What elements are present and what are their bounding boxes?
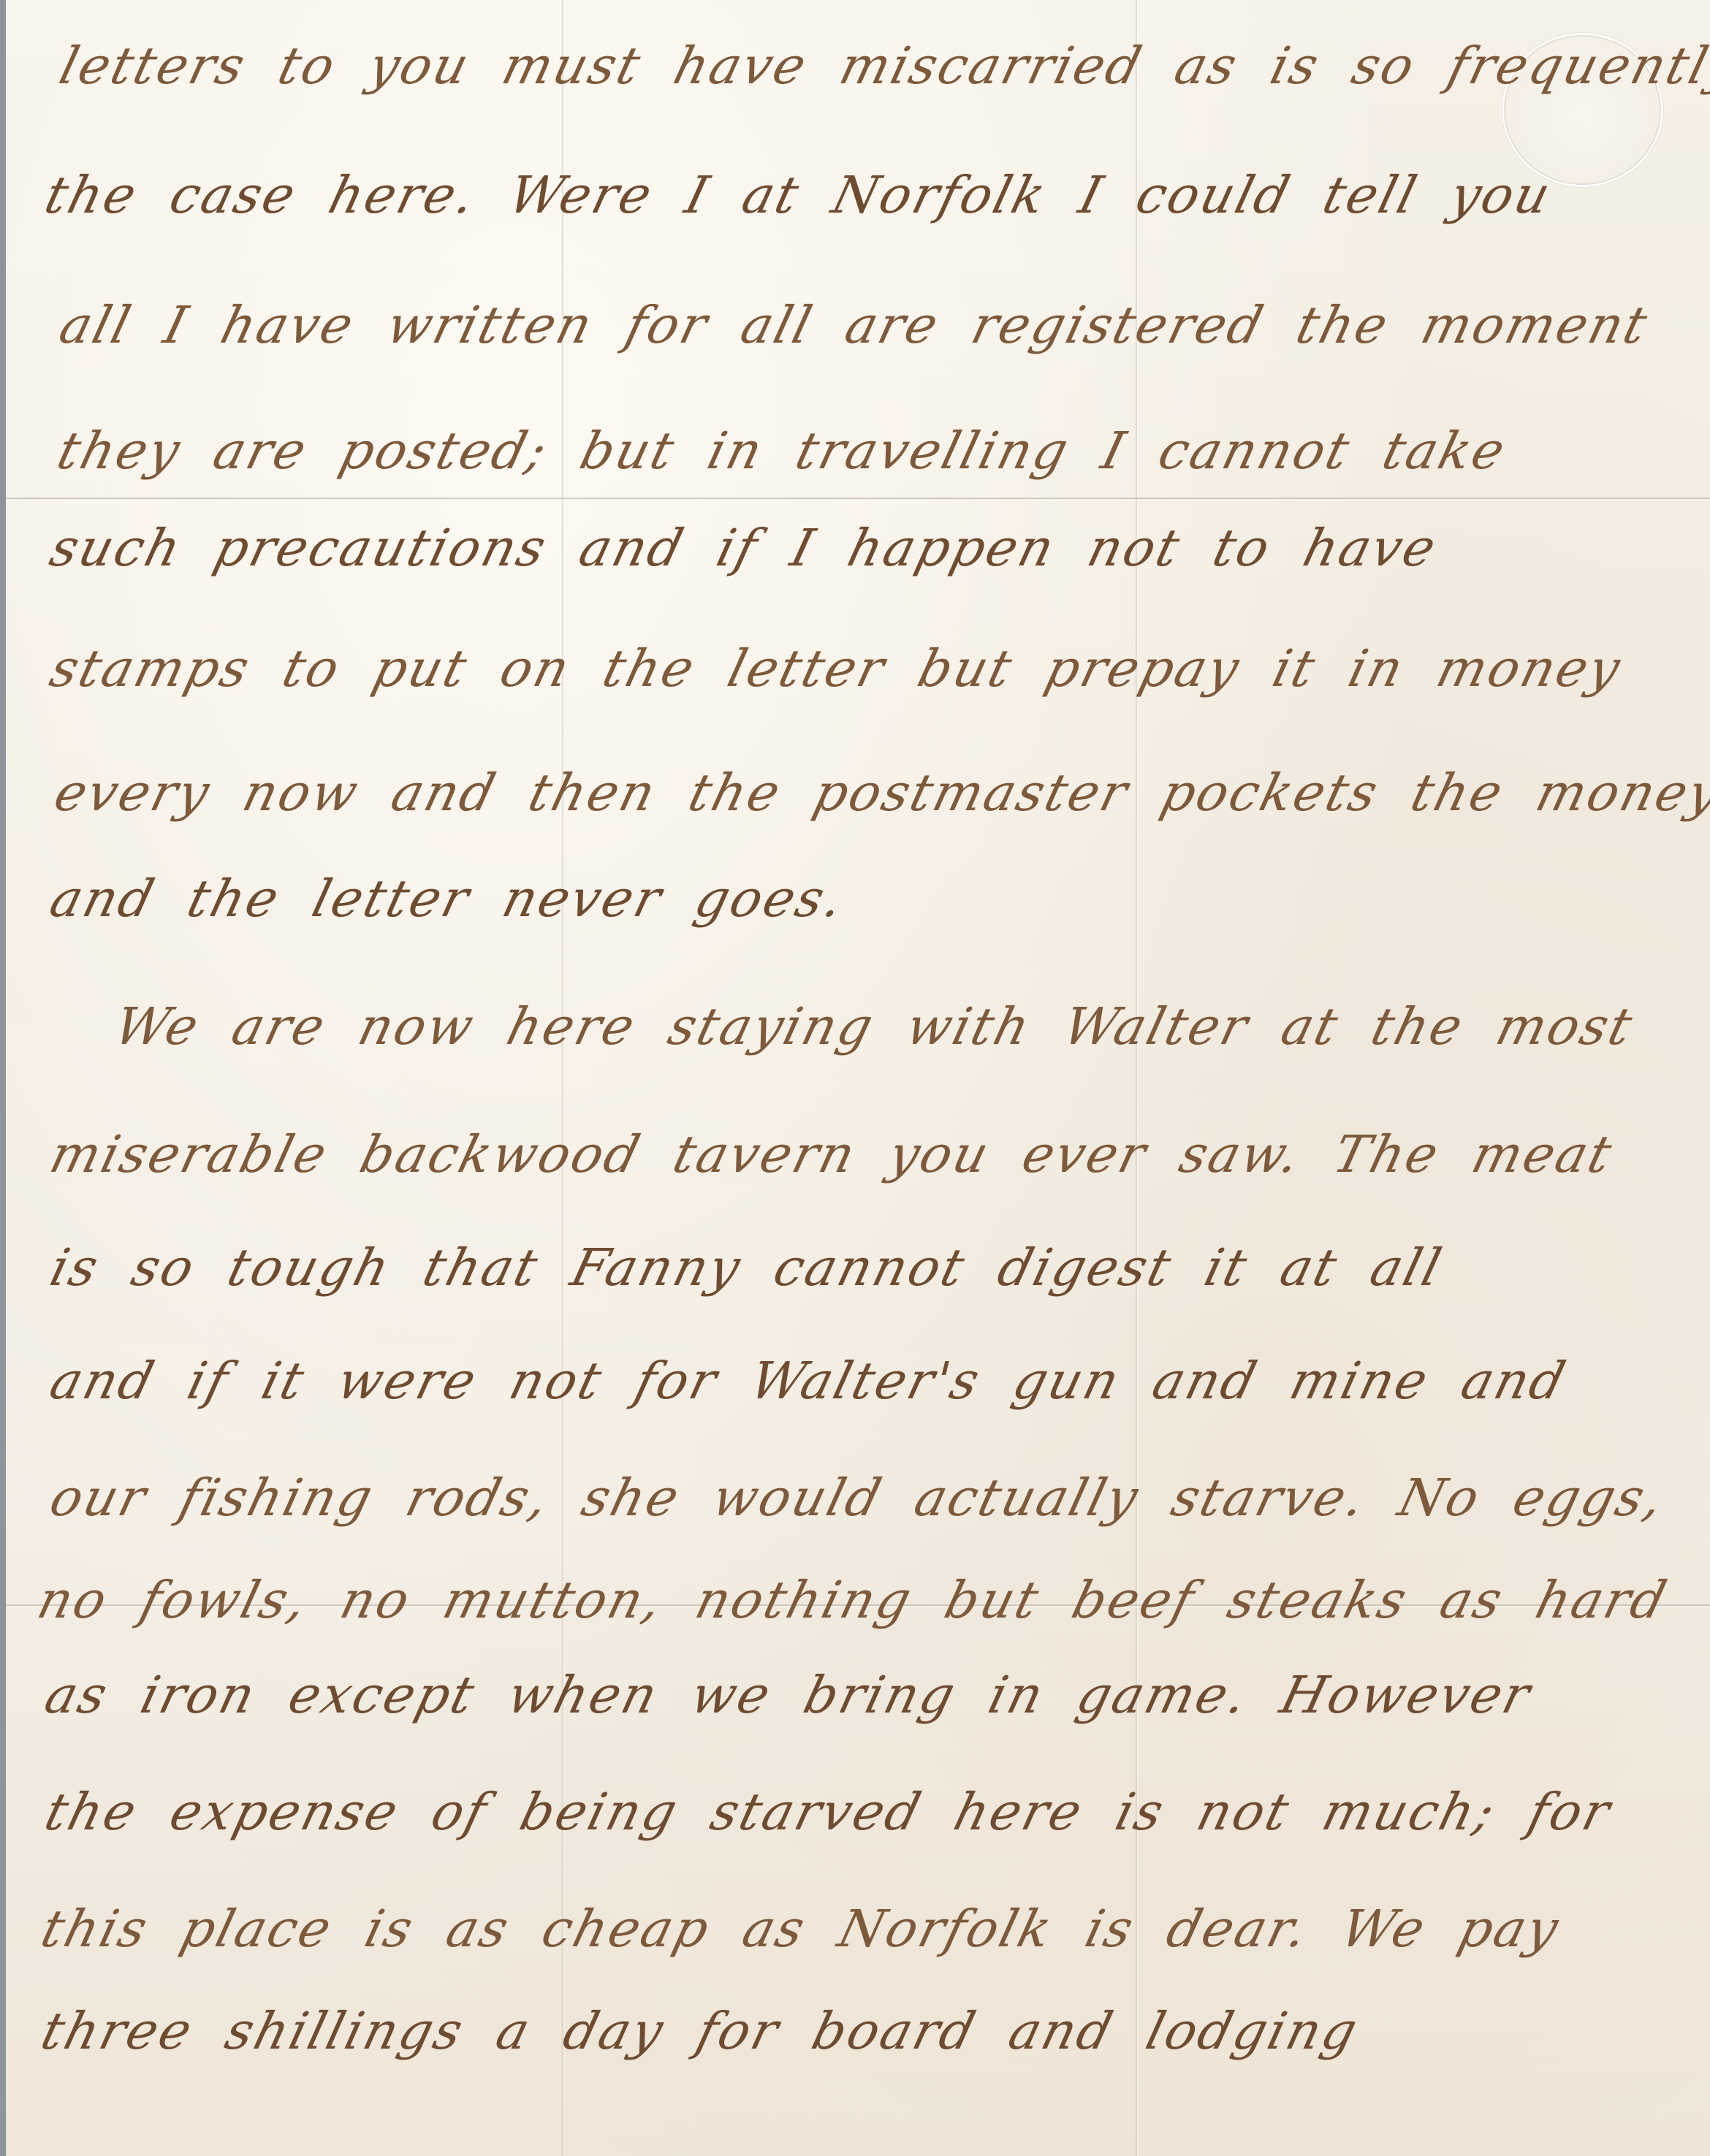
letter-line: stamps to put on the letter but prepay i… xyxy=(45,643,1627,694)
letter-line: every now and then the postmaster pocket… xyxy=(50,767,1710,818)
letter-body: letters to you must have miscarried as i… xyxy=(0,0,1710,2156)
letter-line: this place is as cheap as Norfolk is dea… xyxy=(37,1903,1565,1954)
letter-line: our fishing rods, she would actually sta… xyxy=(45,1472,1670,1523)
letter-line: all I have written for all are registere… xyxy=(55,300,1654,351)
letter-line: as iron except when we bring in game. Ho… xyxy=(40,1669,1537,1721)
letter-line: miserable backwood tavern you ever saw. … xyxy=(45,1129,1619,1180)
letter-line: the expense of being starved here is not… xyxy=(40,1786,1616,1837)
letter-line: three shillings a day for board and lodg… xyxy=(37,2005,1364,2057)
letter-line: We are now here staying with Walter at t… xyxy=(110,1001,1639,1052)
letter-line: is so tough that Fanny cannot digest it … xyxy=(45,1242,1448,1293)
letter-line: the case here. Were I at Norfolk I could… xyxy=(40,169,1557,221)
letter-line: letters to you must have miscarried as i… xyxy=(55,40,1710,91)
letter-line: they are posted; but in travelling I can… xyxy=(53,425,1512,476)
letter-line: and if it were not for Walter's gun and … xyxy=(45,1355,1572,1406)
letter-line: no fowls, no mutton, nothing but beef st… xyxy=(33,1574,1673,1626)
letter-line: such precautions and if I happen not to … xyxy=(45,522,1443,574)
letter-line: and the letter never goes. xyxy=(45,873,850,924)
